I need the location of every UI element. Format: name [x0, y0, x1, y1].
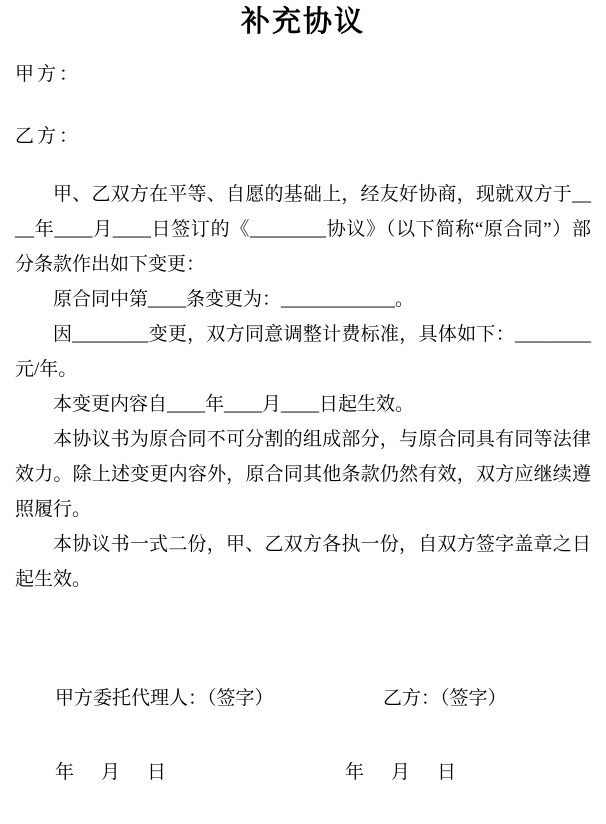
paragraph-legal-effect: 本协议书为原合同不可分割的组成部分，与原合同具有同等法律效力。除上述变更内容外，…	[15, 422, 591, 527]
paragraph-copies: 本协议书一式二份，甲、乙双方各执一份，自双方签字盖章之日起生效。	[15, 527, 591, 597]
paragraph-clause-change: 原合同中第____条变更为：____________。	[15, 282, 591, 317]
document-body: 甲、乙双方在平等、自愿的基础上，经友好协商，现就双方于____年____月___…	[0, 177, 606, 597]
party-a-date-label: 年 月 日	[55, 757, 170, 784]
paragraph-fee-adjustment: 因________变更，双方同意调整计费标准，具体如下：________元/年。	[15, 317, 591, 387]
party-b-date-label: 年 月 日	[345, 757, 460, 784]
paragraph-intro: 甲、乙双方在平等、自愿的基础上，经友好协商，现就双方于____年____月___…	[15, 177, 591, 282]
party-a-signature-label: 甲方委托代理人：（签字）	[55, 683, 274, 710]
paragraph-effective-date: 本变更内容自____年____月____日起生效。	[15, 387, 591, 422]
document-page: 补充协议 甲方： 乙方： 甲、乙双方在平等、自愿的基础上，经友好协商，现就双方于…	[0, 0, 606, 824]
party-b-label: 乙方：	[0, 127, 606, 147]
party-a-label: 甲方：	[0, 65, 606, 85]
document-title: 补充协议	[0, 4, 606, 40]
party-b-signature-label: 乙方：（签字）	[383, 683, 507, 710]
